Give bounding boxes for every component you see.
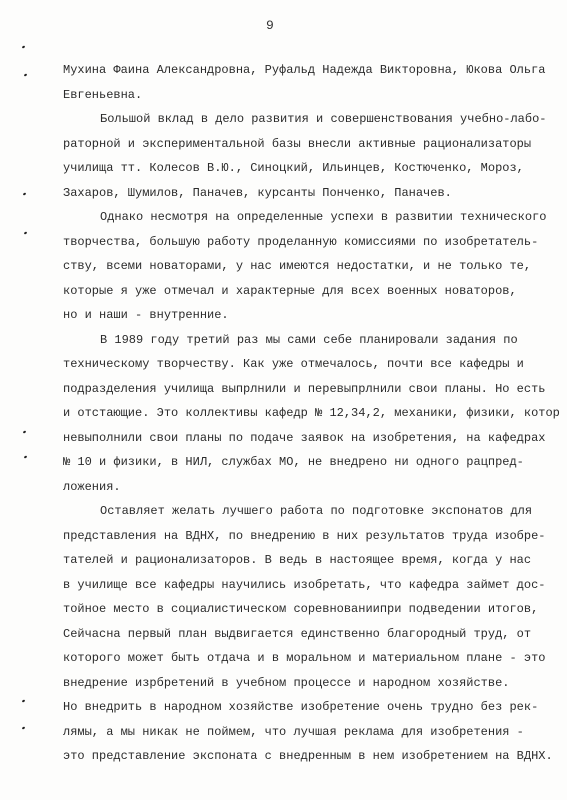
page-number: 9 bbox=[266, 18, 274, 33]
text-line: Мухина Фаина Александровна, Руфальд Наде… bbox=[63, 58, 567, 83]
margin-mark bbox=[24, 231, 28, 234]
text-line: ложения. bbox=[63, 475, 567, 500]
text-line: лямы, а мы никак не поймем, что лучшая р… bbox=[63, 720, 567, 745]
text-line: техническому творчеству. Как уже отмечал… bbox=[63, 352, 567, 377]
text-line: представления на ВДНХ, по внедрению в ни… bbox=[63, 524, 567, 549]
text-line: раторной и экспериментальной базы внесли… bbox=[63, 132, 567, 157]
text-line: Большой вклад в дело развития и совершен… bbox=[63, 107, 567, 132]
text-line: которого может быть отдача и в моральном… bbox=[63, 646, 567, 671]
margin-mark bbox=[24, 73, 28, 76]
document-body: Мухина Фаина Александровна, Руфальд Наде… bbox=[63, 58, 567, 769]
text-line: В 1989 году третий раз мы сами себе план… bbox=[63, 328, 567, 353]
text-line: ству, всеми новаторами, у нас имеются не… bbox=[63, 254, 567, 279]
text-line: училища тт. Колесов В.Ю., Синоцкий, Ильи… bbox=[63, 156, 567, 181]
text-line: тойное место в социалистическом соревнов… bbox=[63, 597, 567, 622]
text-line: Однако несмотря на определенные успехи в… bbox=[63, 205, 567, 230]
text-line: Евгеньевна. bbox=[63, 83, 567, 108]
margin-mark bbox=[22, 45, 26, 48]
text-line: Но внедрить в народном хозяйстве изобрет… bbox=[63, 695, 567, 720]
text-line: Сейчасна первый план выдвигается единств… bbox=[63, 622, 567, 647]
text-line: невыполнили свои планы по подаче заявок … bbox=[63, 426, 567, 451]
text-line: в училище все кафедры научились изобрета… bbox=[63, 573, 567, 598]
text-line: тателей и рационализаторов. В ведь в нас… bbox=[63, 548, 567, 573]
text-line: № 10 и физики, в НИЛ, службах МО, не вне… bbox=[63, 450, 567, 475]
text-line: но и наши - внутренние. bbox=[63, 303, 567, 328]
text-line: и отстающие. Это коллективы кафедр № 12,… bbox=[63, 401, 567, 426]
margin-mark bbox=[24, 455, 28, 458]
margin-mark bbox=[22, 699, 26, 702]
text-line: внедрение изрбретений в учебном процессе… bbox=[63, 671, 567, 696]
text-line: это представление экспоната с внедренным… bbox=[63, 744, 567, 769]
margin-mark bbox=[23, 192, 27, 195]
text-line: которые я уже отмечал и характерные для … bbox=[63, 279, 567, 304]
margin-mark bbox=[22, 726, 26, 729]
margin-mark bbox=[23, 430, 27, 433]
text-line: подразделения училища выпрлнили и перевы… bbox=[63, 377, 567, 402]
text-line: Оставляет желать лучшего работа по подго… bbox=[63, 499, 567, 524]
text-line: Захаров, Шумилов, Паначев, курсанты Понч… bbox=[63, 181, 567, 206]
text-line: творчества, большую работу проделанную к… bbox=[63, 230, 567, 255]
